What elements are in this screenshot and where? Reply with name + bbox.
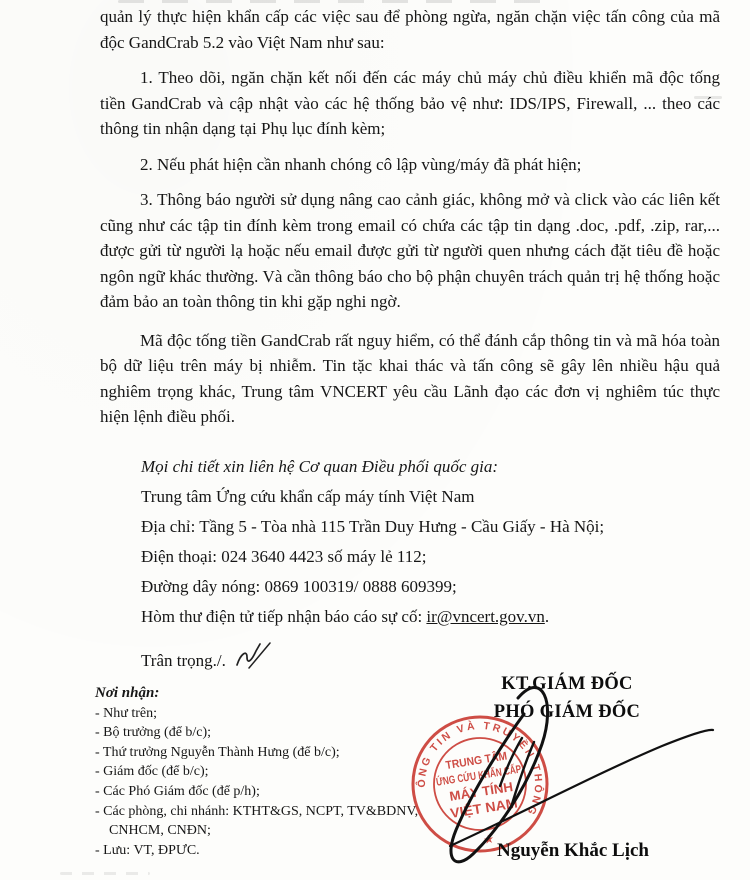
recipients-heading: Nơi nhận:: [95, 684, 440, 704]
recipients-block: Nơi nhận: - Như trên; - Bộ trưởng (để b/…: [95, 684, 440, 860]
contact-intro: Mọi chi tiết xin liên hệ Cơ quan Điều ph…: [141, 452, 701, 482]
contact-address: Địa chỉ: Tầng 5 - Tòa nhà 115 Trần Duy H…: [141, 512, 701, 542]
signer-name: Nguyễn Khắc Lịch: [458, 840, 688, 862]
closing-text: Trân trọng./.: [141, 651, 226, 670]
contact-hotline: Đường dây nóng: 0869 100319/ 0888 609399…: [141, 572, 701, 602]
contact-email-period: .: [545, 607, 549, 626]
contact-email-line: Hòm thư điện tử tiếp nhận báo cáo sự cố:…: [141, 602, 701, 632]
signature-loop-stroke: [451, 687, 548, 861]
scan-noise-top: [118, 0, 548, 3]
incident-report-email-link[interactable]: ir@vncert.gov.vn: [426, 607, 544, 626]
directive-item-3: 3. Thông báo người sử dụng nâng cao cảnh…: [100, 187, 720, 315]
document-body: quản lý thực hiện khẩn cấp các việc sau …: [100, 4, 720, 430]
recipient-item: - Lưu: VT, ĐPƯC.: [95, 841, 440, 861]
scanned-document-page: quản lý thực hiện khẩn cấp các việc sau …: [0, 0, 750, 880]
contact-block: Mọi chi tiết xin liên hệ Cơ quan Điều ph…: [141, 452, 701, 676]
recipient-item: - Giám đốc (để b/c);: [95, 762, 440, 782]
contact-org: Trung tâm Ứng cứu khẩn cấp máy tính Việt…: [141, 482, 701, 512]
recipient-item: - Các Phó Giám đốc (để p/h);: [95, 782, 440, 802]
recipient-item: - Như trên;: [95, 704, 440, 724]
contact-phone: Điện thoại: 024 3640 4423 số máy lẻ 112;: [141, 542, 701, 572]
warning-paragraph: Mã độc tống tiền GandCrab rất nguy hiểm,…: [100, 328, 720, 430]
directive-item-2: 2. Nếu phát hiện cần nhanh chóng cô lập …: [100, 152, 720, 178]
recipient-item: - Thứ trưởng Nguyễn Thành Hưng (để b/c);: [95, 743, 440, 763]
signature-flourish-stroke: [450, 730, 713, 846]
handwritten-initial-mark: [234, 638, 278, 672]
directive-item-1: 1. Theo dõi, ngăn chặn kết nối đến các m…: [100, 65, 720, 142]
recipient-item-continuation: CNHCM, CNĐN;: [95, 821, 440, 841]
intro-paragraph: quản lý thực hiện khẩn cấp các việc sau …: [100, 4, 720, 55]
recipient-item: - Các phòng, chi nhánh: KTHT&GS, NCPT, T…: [95, 802, 440, 822]
recipient-item: - Bộ trưởng (để b/c);: [95, 723, 440, 743]
contact-email-label: Hòm thư điện tử tiếp nhận báo cáo sự cố:: [141, 607, 426, 626]
signature-inner-stroke: [500, 738, 534, 804]
scan-noise-bottom: [60, 872, 150, 875]
